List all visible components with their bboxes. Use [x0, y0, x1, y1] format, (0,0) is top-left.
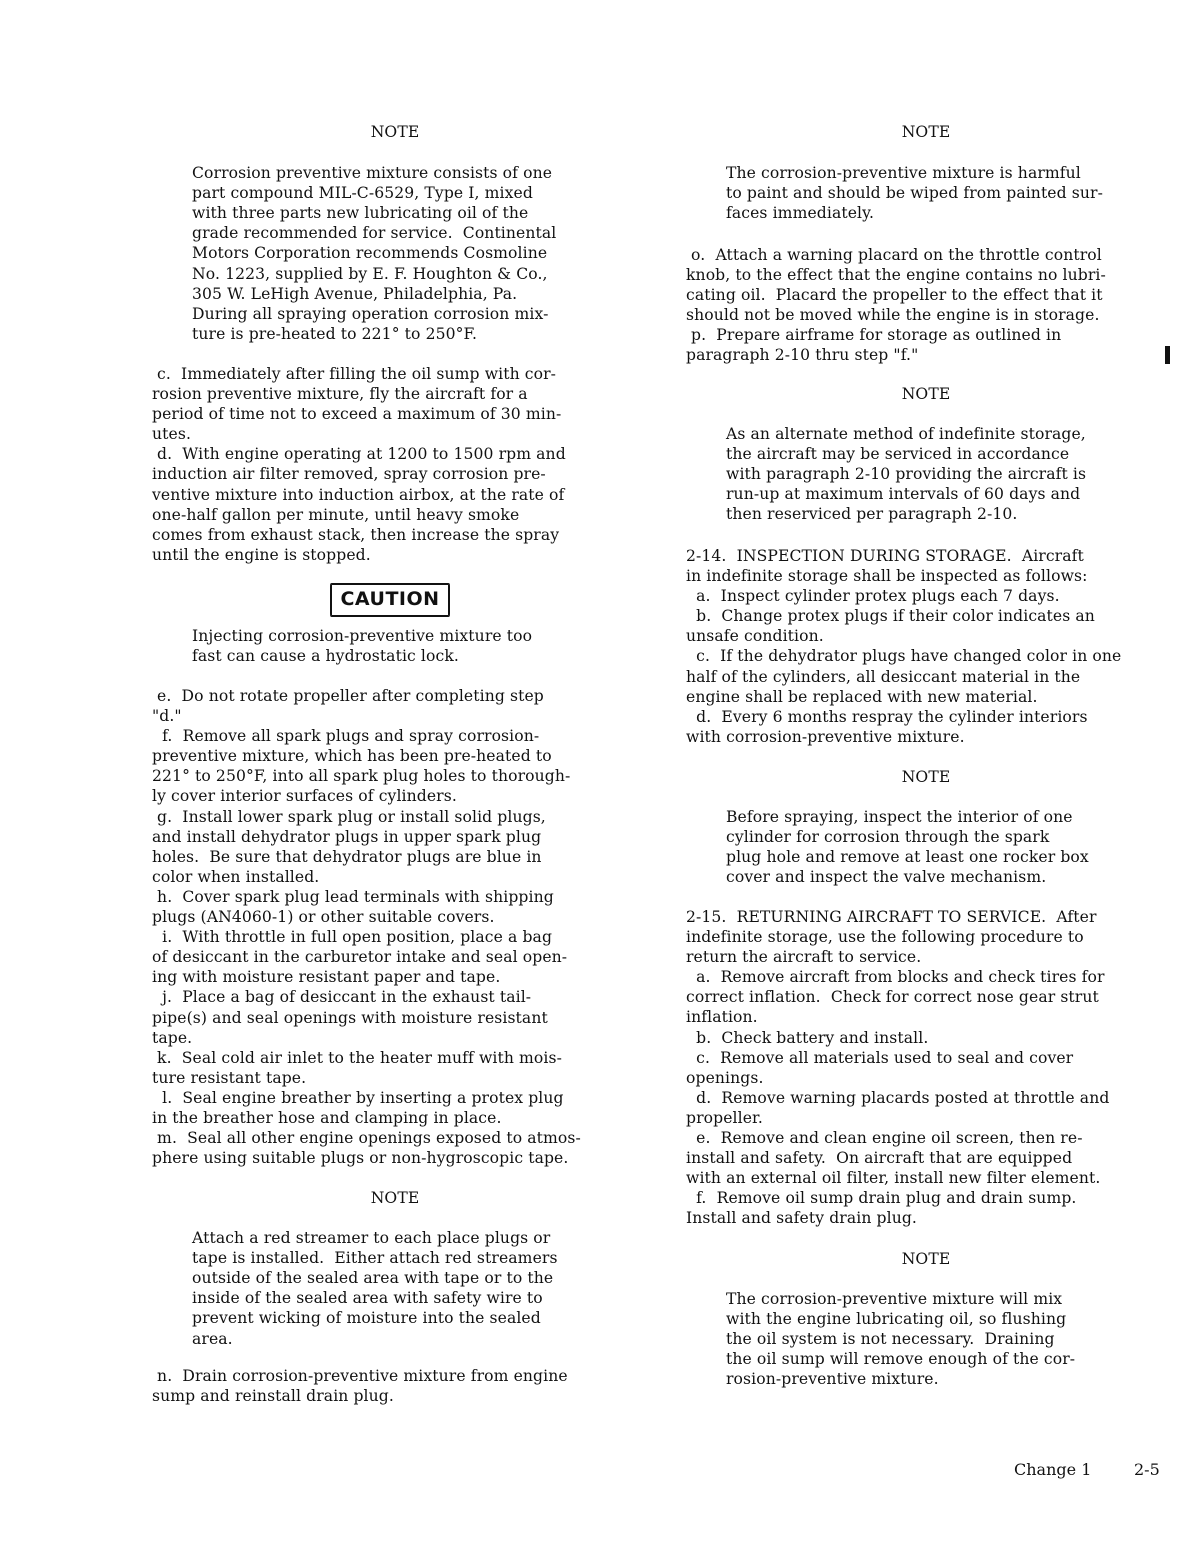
text-line: the oil system is not necessary. Drainin…: [726, 1329, 1166, 1349]
note-block: NOTE Attach a red streamer to each place…: [152, 1188, 638, 1349]
note-heading: NOTE: [686, 767, 1166, 787]
note-block: NOTE As an alternate method of indefinit…: [686, 384, 1166, 525]
note-block: NOTE Before spraying, inspect the interi…: [686, 767, 1166, 887]
text-line: area.: [192, 1329, 638, 1349]
step-e: e. Do not rotate propeller after complet…: [152, 686, 638, 706]
text-line: holes. Be sure that dehydrator plugs are…: [152, 847, 638, 867]
section-heading: 2-14. INSPECTION DURING STORAGE. Aircraf…: [686, 546, 1166, 566]
text-line: should not be moved while the engine is …: [686, 305, 1166, 325]
text-line: of desiccant in the carburetor intake an…: [152, 947, 638, 967]
text-line: pipe(s) and seal openings with moisture …: [152, 1008, 638, 1028]
text-line: and install dehydrator plugs in upper sp…: [152, 827, 638, 847]
text-line: to paint and should be wiped from painte…: [726, 183, 1166, 203]
caution-body: Injecting corrosion-preventive mixture t…: [152, 626, 638, 666]
text-line: tape.: [152, 1028, 638, 1048]
text-line: Injecting corrosion-preventive mixture t…: [192, 626, 638, 646]
text-line: "d.": [152, 706, 638, 726]
step-a: a. Remove aircraft from blocks and check…: [686, 967, 1166, 987]
step-p: p. Prepare airframe for storage as outli…: [686, 325, 1166, 345]
text-line: correct inflation. Check for correct nos…: [686, 987, 1166, 1007]
text-line: outside of the sealed area with tape or …: [192, 1268, 638, 1288]
text-line: unsafe condition.: [686, 626, 1166, 646]
step-g: g. Install lower spark plug or install s…: [152, 807, 638, 827]
note-body: Attach a red streamer to each place plug…: [152, 1228, 638, 1349]
note-block: NOTE Corrosion preventive mixture consis…: [152, 122, 638, 344]
note-body: As an alternate method of indefinite sto…: [686, 424, 1166, 524]
text-line: with an external oil filter, install new…: [686, 1168, 1166, 1188]
text-line: ventive mixture into induction airbox, a…: [152, 485, 638, 505]
text-line: cover and inspect the valve mechanism.: [726, 867, 1166, 887]
text-line: 221° to 250°F, into all spark plug holes…: [152, 766, 638, 786]
step-c: c. If the dehydrator plugs have changed …: [686, 646, 1166, 666]
text-line: the oil sump will remove enough of the c…: [726, 1349, 1166, 1369]
text-line: utes.: [152, 424, 638, 444]
step-i: i. With throttle in full open position, …: [152, 927, 638, 947]
text-line: indefinite storage, use the following pr…: [686, 927, 1166, 947]
step-n-line: n. Drain corrosion-preventive mixture fr…: [152, 1366, 638, 1386]
text-line: Attach a red streamer to each place plug…: [192, 1228, 638, 1248]
note-body: Before spraying, inspect the interior of…: [686, 807, 1166, 887]
text-line: ture is pre-heated to 221° to 250°F.: [192, 324, 638, 344]
step-n: n. Drain corrosion-preventive mixture fr…: [152, 1366, 638, 1406]
note-heading: NOTE: [686, 384, 1166, 404]
text-line: with three parts new lubricating oil of …: [192, 203, 638, 223]
note-body: The corrosion-preventive mixture is harm…: [686, 163, 1166, 223]
text-line: During all spraying operation corrosion …: [192, 304, 638, 324]
steps-c-d: c. Immediately after filling the oil sum…: [152, 364, 638, 565]
note-block: NOTE The corrosion-preventive mixture wi…: [686, 1249, 1166, 1390]
text-line: engine shall be replaced with new materi…: [686, 687, 1166, 707]
note-block: NOTE The corrosion-preventive mixture is…: [686, 122, 1166, 223]
text-line: plug hole and remove at least one rocker…: [726, 847, 1166, 867]
text-line: ture resistant tape.: [152, 1068, 638, 1088]
step-f: f. Remove all spark plugs and spray corr…: [152, 726, 638, 746]
note-heading: NOTE: [686, 122, 1166, 142]
text-line: run-up at maximum intervals of 60 days a…: [726, 484, 1166, 504]
caution-text: Injecting corrosion-preventive mixture t…: [152, 626, 638, 666]
step-c: c. Remove all materials used to seal and…: [686, 1048, 1166, 1068]
text-line: period of time not to exceed a maximum o…: [152, 404, 638, 424]
note-heading: NOTE: [152, 1188, 638, 1208]
note-heading: NOTE: [152, 122, 638, 142]
text-line: part compound MIL-C-6529, Type I, mixed: [192, 183, 638, 203]
step-l: l. Seal engine breather by inserting a p…: [152, 1088, 638, 1108]
text-line: cating oil. Placard the propeller to the…: [686, 285, 1166, 305]
text-line: return the aircraft to service.: [686, 947, 1166, 967]
text-line: Motors Corporation recommends Cosmoline: [192, 243, 638, 263]
step-d: d. Every 6 months respray the cylinder i…: [686, 707, 1166, 727]
text-line: The corrosion-preventive mixture will mi…: [726, 1289, 1166, 1309]
step-f: f. Remove oil sump drain plug and drain …: [686, 1188, 1166, 1208]
text-line: rosion preventive mixture, fly the aircr…: [152, 384, 638, 404]
text-line: preventive mixture, which has been pre-h…: [152, 746, 638, 766]
step-h: h. Cover spark plug lead terminals with …: [152, 887, 638, 907]
text-line: one-half gallon per minute, until heavy …: [152, 505, 638, 525]
text-line: inside of the sealed area with safety wi…: [192, 1288, 638, 1308]
text-line: Before spraying, inspect the interior of…: [726, 807, 1166, 827]
section-heading: 2-15. RETURNING AIRCRAFT TO SERVICE. Aft…: [686, 907, 1166, 927]
text-line: Install and safety drain plug.: [686, 1208, 1166, 1228]
step-e: e. Remove and clean engine oil screen, t…: [686, 1128, 1166, 1148]
step-d: d. With engine operating at 1200 to 1500…: [152, 444, 638, 464]
text-line: Corrosion preventive mixture consists of…: [192, 163, 638, 183]
caution-label: CAUTION: [330, 584, 450, 616]
text-line: with paragraph 2-10 providing the aircra…: [726, 464, 1166, 484]
text-line: ing with moisture resistant paper and ta…: [152, 967, 638, 987]
step-o: o. Attach a warning placard on the throt…: [686, 245, 1166, 265]
page-number: 2-5: [1134, 1460, 1160, 1479]
text-line: half of the cylinders, all desiccant mat…: [686, 667, 1166, 687]
text-line: paragraph 2-10 thru step "f.": [686, 345, 1166, 365]
text-line: As an alternate method of indefinite sto…: [726, 424, 1166, 444]
text-line: in the breather hose and clamping in pla…: [152, 1108, 638, 1128]
text-line: The corrosion-preventive mixture is harm…: [726, 163, 1166, 183]
section-2-15: 2-15. RETURNING AIRCRAFT TO SERVICE. Aft…: [686, 907, 1166, 1229]
note-heading: NOTE: [686, 1249, 1166, 1269]
note-body: The corrosion-preventive mixture will mi…: [686, 1289, 1166, 1389]
change-bar-marker: [1165, 346, 1170, 364]
text-line: in indefinite storage shall be inspected…: [686, 566, 1166, 586]
text-line: propeller.: [686, 1108, 1166, 1128]
text-line: phere using suitable plugs or non-hygros…: [152, 1148, 638, 1168]
text-line: tape is installed. Either attach red str…: [192, 1248, 638, 1268]
text-line: 305 W. LeHigh Avenue, Philadelphia, Pa.: [192, 284, 638, 304]
text-line: install and safety. On aircraft that are…: [686, 1148, 1166, 1168]
text-line: inflation.: [686, 1007, 1166, 1027]
step-d: d. Remove warning placards posted at thr…: [686, 1088, 1166, 1108]
text-line: rosion-preventive mixture.: [726, 1369, 1166, 1389]
text-line: the aircraft may be serviced in accordan…: [726, 444, 1166, 464]
text-line: openings.: [686, 1068, 1166, 1088]
text-line: knob, to the effect that the engine cont…: [686, 265, 1166, 285]
step-m: m. Seal all other engine openings expose…: [152, 1128, 638, 1148]
text-line: plugs (AN4060-1) or other suitable cover…: [152, 907, 638, 927]
step-k: k. Seal cold air inlet to the heater muf…: [152, 1048, 638, 1068]
step-b: b. Change protex plugs if their color in…: [686, 606, 1166, 626]
step-j: j. Place a bag of desiccant in the exhau…: [152, 987, 638, 1007]
note-body: Corrosion preventive mixture consists of…: [152, 163, 638, 344]
text-line: comes from exhaust stack, then increase …: [152, 525, 638, 545]
step-b: b. Check battery and install.: [686, 1028, 1166, 1048]
step-a: a. Inspect cylinder protex plugs each 7 …: [686, 586, 1166, 606]
text-line: cylinder for corrosion through the spark: [726, 827, 1166, 847]
steps-e-m: e. Do not rotate propeller after complet…: [152, 686, 638, 1168]
text-line: faces immediately.: [726, 203, 1166, 223]
text-line: No. 1223, supplied by E. F. Houghton & C…: [192, 264, 638, 284]
steps-o-p: o. Attach a warning placard on the throt…: [686, 245, 1166, 366]
text-line: ly cover interior surfaces of cylinders.: [152, 786, 638, 806]
footer-change: Change 1: [1014, 1460, 1091, 1479]
text-line: sump and reinstall drain plug.: [152, 1386, 638, 1406]
text-line: until the engine is stopped.: [152, 545, 638, 565]
step-c: c. Immediately after filling the oil sum…: [152, 364, 638, 384]
text-line: with corrosion-preventive mixture.: [686, 727, 1166, 747]
text-line: induction air filter removed, spray corr…: [152, 464, 638, 484]
text-line: fast can cause a hydrostatic lock.: [192, 646, 638, 666]
text-line: color when installed.: [152, 867, 638, 887]
text-line: prevent wicking of moisture into the sea…: [192, 1308, 638, 1328]
section-2-14: 2-14. INSPECTION DURING STORAGE. Aircraf…: [686, 546, 1166, 747]
text-line: grade recommended for service. Continent…: [192, 223, 638, 243]
text-line: then reserviced per paragraph 2-10.: [726, 504, 1166, 524]
text-line: with the engine lubricating oil, so flus…: [726, 1309, 1166, 1329]
